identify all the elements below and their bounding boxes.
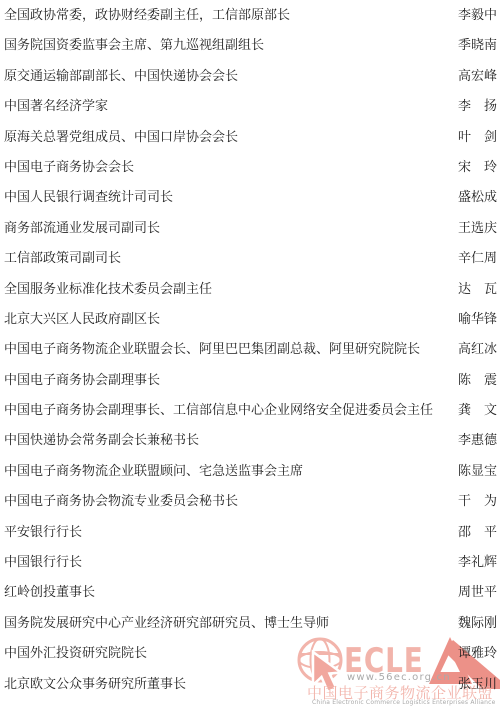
- logo-org-name-en: China Electronic Commerce Logistics Ente…: [312, 699, 500, 706]
- roster-title: 北京大兴区人民政府副区长: [4, 305, 160, 335]
- roster-name: 周世平: [452, 578, 497, 608]
- roster-title: 国务院国资委监事会主席、第九巡视组副组长: [4, 31, 264, 61]
- roster-title: 商务部流通业发展司副司长: [4, 214, 160, 244]
- roster-title: 中国银行行长: [4, 548, 82, 578]
- roster-title: 红岭创投董事长: [4, 578, 95, 608]
- roster-row: 国务院国资委监事会主席、第九巡视组副组长 季晓南: [4, 31, 497, 61]
- roster-name: 李惠德: [452, 426, 497, 456]
- roster-name: 李礼辉: [452, 548, 497, 578]
- roster-row: 中国著名经济学家 李 扬: [4, 92, 497, 122]
- roster-row: 中国电子商务协会会长 宋 玲: [4, 153, 497, 183]
- roster-row: 中国快递协会常务副会长兼秘书长 李惠德: [4, 426, 497, 456]
- roster-name: 高宏峰: [452, 62, 497, 92]
- roster-page: ECLE www.56ec.org.cn 中国电子商务物流企业联盟 China …: [0, 0, 500, 712]
- roster-name: 王选庆: [452, 214, 497, 244]
- roster-name: 叶 剑: [452, 123, 497, 153]
- roster-row: 全国服务业标准化技术委员会副主任 达 瓦: [4, 275, 497, 305]
- roster-name: 干 为: [452, 487, 497, 517]
- roster-title: 原交通运输部副部长、中国快递协会会长: [4, 62, 238, 92]
- roster-row: 国务院发展研究中心产业经济研究部研究员、博士生导师 魏际刚: [4, 609, 497, 639]
- roster-title: 国务院发展研究中心产业经济研究部研究员、博士生导师: [4, 609, 329, 639]
- roster-row: 中国银行行长 李礼辉: [4, 548, 497, 578]
- roster-name: 陈 震: [452, 366, 497, 396]
- roster-row: 中国电子商务物流企业联盟顾问、宅急送监事会主席 陈显宝: [4, 457, 497, 487]
- roster-title: 中国电子商务物流企业联盟顾问、宅急送监事会主席: [4, 457, 303, 487]
- roster-title: 中国电子商务协会副理事长、工信部信息中心企业网络安全促进委员会主任: [4, 396, 433, 426]
- roster: 全国政协常委，政协财经委副主任，工信部原部长 李毅中 国务院国资委监事会主席、第…: [4, 1, 497, 700]
- roster-title: 平安银行行长: [4, 518, 82, 548]
- roster-name: 陈显宝: [452, 457, 497, 487]
- roster-row: 商务部流通业发展司副司长 王选庆: [4, 214, 497, 244]
- roster-title: 工信部政策司副司长: [4, 244, 121, 274]
- roster-title: 中国快递协会常务副会长兼秘书长: [4, 426, 199, 456]
- roster-title: 原海关总署党组成员、中国口岸协会会长: [4, 123, 238, 153]
- roster-row: 中国外汇投资研究院院长 谭雅玲: [4, 639, 497, 669]
- roster-name: 盛松成: [452, 183, 497, 213]
- roster-name: 季晓南: [452, 31, 497, 61]
- roster-row: 中国人民银行调查统计司司长 盛松成: [4, 183, 497, 213]
- roster-row: 中国电子商务物流企业联盟会长、阿里巴巴集团副总裁、阿里研究院院长 高红冰: [4, 335, 497, 365]
- roster-title: 中国外汇投资研究院院长: [4, 639, 147, 669]
- roster-row: 中国电子商务协会副理事长 陈 震: [4, 366, 497, 396]
- roster-title: 全国服务业标准化技术委员会副主任: [4, 275, 212, 305]
- roster-name: 高红冰: [452, 335, 497, 365]
- roster-name: 魏际刚: [452, 609, 497, 639]
- roster-name: 李 扬: [452, 92, 497, 122]
- roster-title: 中国人民银行调查统计司司长: [4, 183, 173, 213]
- roster-row: 红岭创投董事长 周世平: [4, 578, 497, 608]
- roster-name: 邵 平: [452, 518, 497, 548]
- roster-row: 中国电子商务协会物流专业委员会秘书长 干 为: [4, 487, 497, 517]
- roster-row: 中国电子商务协会副理事长、工信部信息中心企业网络安全促进委员会主任 龚 文: [4, 396, 497, 426]
- roster-title: 全国政协常委，政协财经委副主任，工信部原部长: [4, 1, 290, 31]
- roster-name: 张玉川: [452, 670, 497, 700]
- roster-name: 龚 文: [452, 396, 497, 426]
- roster-row: 工信部政策司副司长 辛仁周: [4, 244, 497, 274]
- roster-row: 北京欧文公众事务研究所董事长 张玉川: [4, 670, 497, 700]
- roster-row: 原海关总署党组成员、中国口岸协会会长 叶 剑: [4, 123, 497, 153]
- roster-title: 中国电子商务协会副理事长: [4, 366, 160, 396]
- roster-title: 中国电子商务物流企业联盟会长、阿里巴巴集团副总裁、阿里研究院院长: [4, 335, 420, 365]
- roster-row: 原交通运输部副部长、中国快递协会会长 高宏峰: [4, 62, 497, 92]
- roster-name: 喻华锋: [452, 305, 497, 335]
- roster-row: 平安银行行长 邵 平: [4, 518, 497, 548]
- roster-name: 达 瓦: [452, 275, 497, 305]
- roster-title: 中国电子商务协会会长: [4, 153, 134, 183]
- roster-title: 中国电子商务协会物流专业委员会秘书长: [4, 487, 238, 517]
- roster-row: 全国政协常委，政协财经委副主任，工信部原部长 李毅中: [4, 1, 497, 31]
- roster-name: 辛仁周: [452, 244, 497, 274]
- roster-name: 宋 玲: [452, 153, 497, 183]
- roster-title: 中国著名经济学家: [4, 92, 108, 122]
- roster-row: 北京大兴区人民政府副区长 喻华锋: [4, 305, 497, 335]
- roster-name: 谭雅玲: [452, 639, 497, 669]
- roster-name: 李毅中: [452, 1, 497, 31]
- roster-title: 北京欧文公众事务研究所董事长: [4, 670, 186, 700]
